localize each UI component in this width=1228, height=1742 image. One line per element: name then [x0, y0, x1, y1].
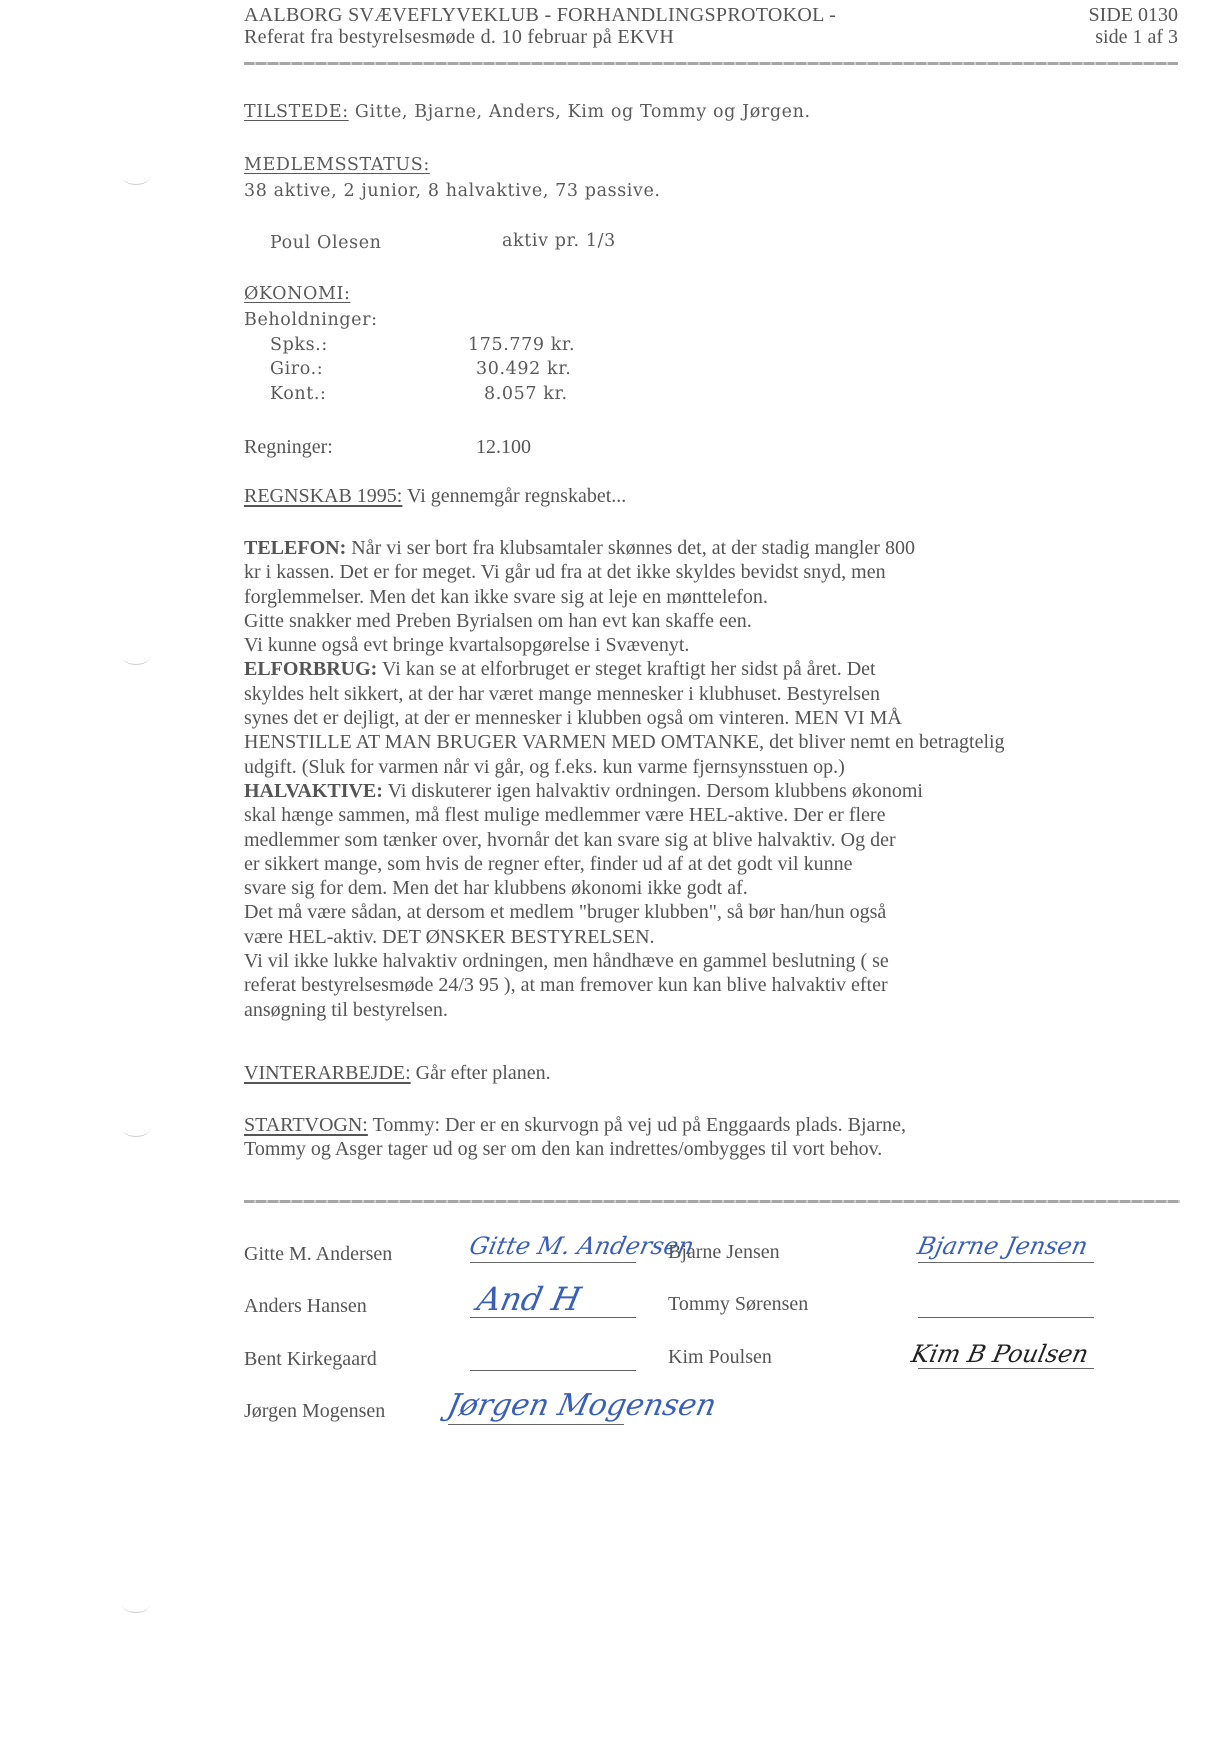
halvaktive-line: medlemmer som tænker over, hvornår det k…	[244, 828, 1184, 852]
signatory-name: Jørgen Mogensen	[244, 1400, 385, 1423]
signatory-name: Kim Poulsen	[668, 1346, 772, 1369]
winterwork-label: VINTERARBEJDE:	[244, 1062, 411, 1084]
signature: Kim B Poulsen	[909, 1340, 1091, 1368]
halvaktive-line: svare sig for dem. Men det har klubbens …	[244, 876, 1184, 900]
elforbrug-line: synes det er dejligt, at der er menneske…	[244, 706, 1184, 730]
holding-label-giro: Giro.:	[270, 359, 323, 379]
elforbrug-label: ELFORBRUG:	[244, 658, 377, 680]
body-text: TELEFON: Når vi ser bort fra klubsamtale…	[244, 536, 1184, 1022]
elforbrug-line: udgift. (Sluk for varmen når vi går, og …	[244, 755, 1184, 779]
bills-value: 12.100	[476, 436, 531, 459]
page-of: side 1 af 3	[1095, 26, 1178, 49]
membership-counts: 38 aktive, 2 junior, 8 halvaktive, 73 pa…	[244, 181, 661, 201]
punch-hole-mark	[122, 648, 150, 665]
signature-line	[918, 1317, 1094, 1318]
signatory-name: Tommy Sørensen	[668, 1293, 808, 1316]
accounts-text: Vi gennemgår regnskabet...	[402, 485, 626, 507]
header-divider	[244, 62, 1178, 65]
elforbrug-text: Vi kan se at elforbruget er steget kraft…	[377, 658, 875, 680]
halvaktive-line: HALVAKTIVE: Vi diskuterer igen halvaktiv…	[244, 779, 1184, 803]
membership-label: MEDLEMSSTATUS:	[244, 155, 430, 175]
telefon-label: TELEFON:	[244, 537, 346, 559]
signature: Bjarne Jensen	[915, 1232, 1090, 1260]
halvaktive-line: Det må være sådan, at dersom et medlem "…	[244, 900, 1184, 924]
economy-label: ØKONOMI:	[244, 284, 351, 304]
document-title: AALBORG SVÆVEFLYVEKLUB - FORHANDLINGSPRO…	[244, 4, 836, 27]
halvaktive-line: ansøgning til bestyrelsen.	[244, 998, 1184, 1022]
bills-label: Regninger:	[244, 436, 333, 459]
signature-line	[470, 1370, 636, 1371]
member-status: aktiv pr. 1/3	[502, 231, 616, 251]
footer-divider	[244, 1200, 1180, 1203]
halvaktive-label: HALVAKTIVE:	[244, 780, 383, 802]
holding-label-kont: Kont.:	[270, 384, 327, 404]
punch-hole-mark	[122, 1596, 150, 1613]
elforbrug-line: skyldes helt sikkert, at der har været m…	[244, 682, 1184, 706]
signature: Gitte M. Andersen	[467, 1232, 697, 1260]
signature-line	[918, 1262, 1094, 1263]
elforbrug-line: HENSTILLE AT MAN BRUGER VARMEN MED OMTAN…	[244, 730, 1184, 754]
signature-line	[470, 1262, 636, 1263]
attendance-label: TILSTEDE:	[244, 102, 349, 122]
telefon-line: forglemmelser. Men det kan ikke svare si…	[244, 585, 1184, 609]
halvaktive-line: referat bestyrelsesmøde 24/3 95 ), at ma…	[244, 973, 1184, 997]
signature: And H	[474, 1280, 584, 1318]
signatory-name: Anders Hansen	[244, 1295, 367, 1318]
startvogn-line: Tommy og Asger tager ud og ser om den ka…	[244, 1137, 1184, 1161]
halvaktive-line: være HEL-aktiv. DET ØNSKER BESTYRELSEN.	[244, 925, 1184, 949]
halvaktive-line: Vi vil ikke lukke halvaktiv ordningen, m…	[244, 949, 1184, 973]
signatory-name: Gitte M. Andersen	[244, 1243, 392, 1266]
telefon-line: Vi kunne også evt bringe kvartalsopgørel…	[244, 633, 1184, 657]
signature-line	[448, 1424, 624, 1425]
holding-value-kont: 8.057 kr.	[484, 384, 568, 404]
winterwork-section: VINTERARBEJDE: Går efter planen.	[244, 1062, 551, 1085]
signature-line	[918, 1368, 1094, 1369]
attendance-text: Gitte, Bjarne, Anders, Kim og Tommy og J…	[349, 102, 811, 122]
holding-value-spks: 175.779 kr.	[468, 335, 575, 355]
startvogn-text: Tommy: Der er en skurvogn på vej ud på E…	[368, 1114, 906, 1136]
holding-label-spks: Spks.:	[270, 335, 328, 355]
member-name: Poul Olesen	[270, 233, 382, 253]
winterwork-text: Går efter planen.	[411, 1062, 551, 1084]
punch-hole-mark	[122, 168, 150, 185]
halvaktive-line: skal hænge sammen, må flest mulige medle…	[244, 803, 1184, 827]
accounts-section: REGNSKAB 1995: Vi gennemgår regnskabet..…	[244, 485, 626, 508]
telefon-text: Når vi ser bort fra klubsamtaler skønnes…	[346, 537, 915, 559]
signature-line	[470, 1317, 636, 1318]
telefon-line: Gitte snakker med Preben Byrialsen om ha…	[244, 609, 1184, 633]
signature: Jørgen Mogensen	[444, 1388, 719, 1423]
accounts-label: REGNSKAB 1995:	[244, 485, 402, 507]
startvogn-line: STARTVOGN: Tommy: Der er en skurvogn på …	[244, 1113, 1184, 1137]
punch-hole-mark	[122, 1120, 150, 1137]
page-code: SIDE 0130	[1089, 4, 1178, 27]
attendance-section: TILSTEDE: Gitte, Bjarne, Anders, Kim og …	[244, 102, 811, 122]
signatory-name: Bjarne Jensen	[668, 1241, 780, 1264]
halvaktive-text: Vi diskuterer igen halvaktiv ordningen. …	[383, 780, 923, 802]
signatory-name: Bent Kirkegaard	[244, 1348, 377, 1371]
startvogn-section: STARTVOGN: Tommy: Der er en skurvogn på …	[244, 1113, 1184, 1162]
halvaktive-line: er sikkert mange, som hvis de regner eft…	[244, 852, 1184, 876]
document-subtitle: Referat fra bestyrelsesmøde d. 10 februa…	[244, 26, 674, 49]
holdings-label: Beholdninger:	[244, 310, 378, 330]
telefon-line: kr i kassen. Det er for meget. Vi går ud…	[244, 560, 1184, 584]
telefon-line: TELEFON: Når vi ser bort fra klubsamtale…	[244, 536, 1184, 560]
elforbrug-line: ELFORBRUG: Vi kan se at elforbruget er s…	[244, 657, 1184, 681]
startvogn-label: STARTVOGN:	[244, 1114, 368, 1136]
holding-value-giro: 30.492 kr.	[476, 359, 571, 379]
